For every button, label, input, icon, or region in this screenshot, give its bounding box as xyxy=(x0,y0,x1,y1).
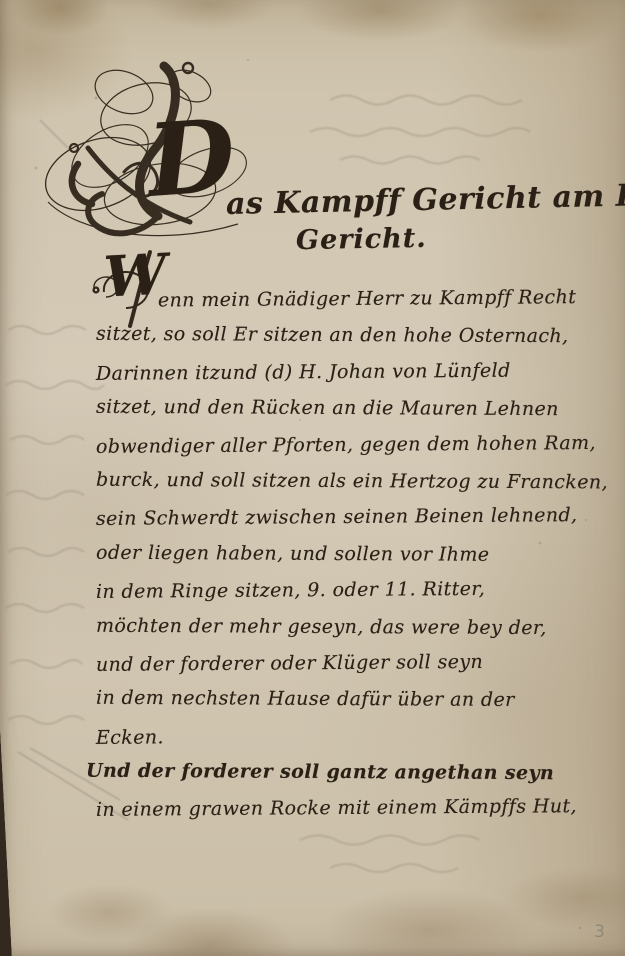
manuscript-body: enn mein Gnädiger Herr zu Kampff Recht s… xyxy=(96,288,578,834)
manuscript-line: Ecken. xyxy=(96,723,578,763)
manuscript-line: sein Schwerdt zwischen seinen Beinen leh… xyxy=(96,504,578,544)
manuscript-line: enn mein Gnädiger Herr zu Kampff Recht xyxy=(96,286,578,326)
manuscript-scan: D as Kampff Gericht am Land Gericht. W e… xyxy=(0,0,625,956)
manuscript-line: Und der forderer soll gantz angethan sey… xyxy=(86,760,578,799)
folio-number: 3 xyxy=(594,922,606,942)
manuscript-line: und der forderer oder Klüger soll seyn xyxy=(96,650,578,690)
manuscript-line: oder liegen haben, und sollen vor Ihme xyxy=(96,541,578,580)
manuscript-line: sitzet, und den Rücken an die Mauren Leh… xyxy=(96,396,578,435)
manuscript-line: burck, und soll sitzen als ein Hertzog z… xyxy=(96,469,578,508)
manuscript-line: in dem Ringe sitzen, 9. oder 11. Ritter, xyxy=(96,577,578,617)
manuscript-line: Darinnen itzund (d) H. Johan von Lünfeld xyxy=(96,359,578,399)
manuscript-line: obwendiger aller Pforten, gegen dem hohe… xyxy=(96,432,578,472)
heading-initial-letter: D xyxy=(145,105,238,211)
manuscript-line: möchten der mehr geseyn, das were bey de… xyxy=(96,614,578,653)
manuscript-line: sitzet, so soll Er sitzen an den hohe Os… xyxy=(96,323,578,362)
heading-line-2: Gericht. xyxy=(296,223,427,256)
manuscript-line: in einem grawen Rocke mit einem Kämpffs … xyxy=(96,796,578,836)
manuscript-line: in dem nechsten Hause dafür über an der xyxy=(96,687,578,726)
